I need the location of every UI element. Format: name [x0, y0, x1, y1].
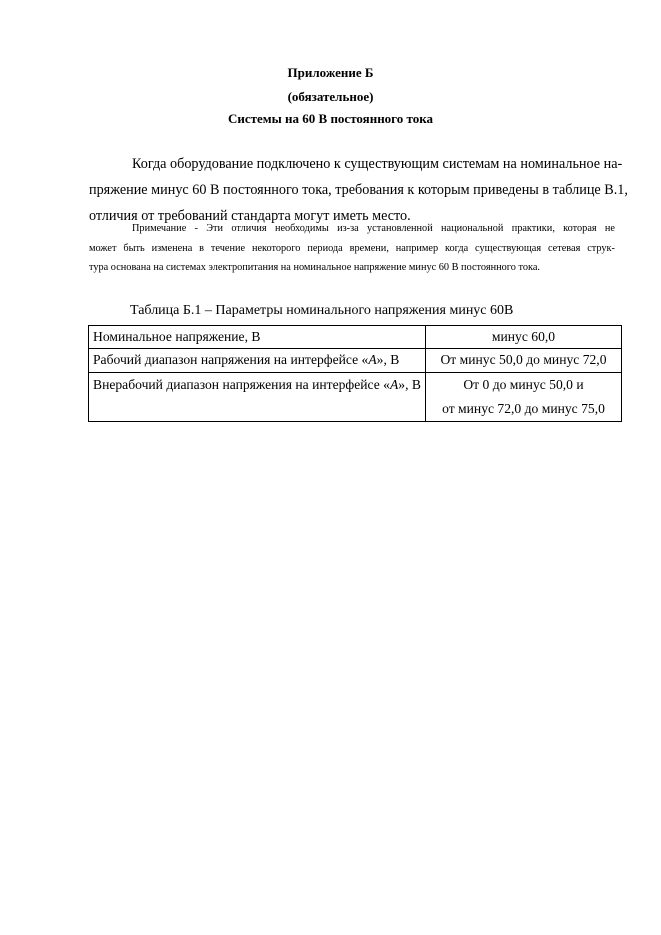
table-row: Внерабочий диапазон напряжения на интерф… [89, 373, 622, 422]
table-caption: Таблица Б.1 – Параметры номинального нап… [130, 302, 513, 320]
table-row: Рабочий диапазон напряжения на интерфейс… [89, 349, 622, 373]
value-text: от минус 72,0 до минус 75,0 [442, 401, 605, 416]
value-cell: От 0 до минус 50,0 иот минус 72,0 до мин… [426, 373, 622, 422]
parameters-table: Номинальное напряжение, В минус 60,0 Раб… [88, 325, 622, 422]
note-line: может быть изменена в течение некоторого… [89, 239, 615, 259]
value-text: От 0 до минус 50,0 и [463, 377, 583, 392]
parameter-cell: Внерабочий диапазон напряжения на интерф… [89, 373, 426, 422]
parameter-cell: Номинальное напряжение, В [89, 326, 426, 349]
value-cell: От минус 50,0 до минус 72,0 [426, 349, 622, 373]
appendix-status: (обязательное) [0, 89, 661, 105]
note-line: Примечание - Эти отличия необходимы из-з… [89, 219, 615, 239]
table-row: Номинальное напряжение, В минус 60,0 [89, 326, 622, 349]
parameter-unit: », В [377, 352, 400, 367]
paragraph-line: пряжение минус 60 В постоянного тока, тр… [89, 177, 615, 203]
paragraph-line: Когда оборудование подключено к существу… [89, 151, 615, 177]
note-line: тура основана на системах электропитания… [89, 258, 615, 278]
interface-letter: A [368, 352, 376, 367]
appendix-title: Приложение Б [0, 65, 661, 81]
value-text: От минус 50,0 до минус 72,0 [440, 352, 606, 367]
body-paragraph: Когда оборудование подключено к существу… [89, 151, 615, 229]
value-cell: минус 60,0 [426, 326, 622, 349]
value-text: минус 60,0 [492, 329, 555, 344]
parameter-cell: Рабочий диапазон напряжения на интерфейс… [89, 349, 426, 373]
parameter-text: Внерабочий диапазон напряжения на интерф… [93, 377, 390, 392]
note-paragraph: Примечание - Эти отличия необходимы из-з… [89, 219, 615, 278]
parameter-text: Рабочий диапазон напряжения на интерфейс… [93, 352, 368, 367]
parameter-text: Номинальное напряжение, В [93, 329, 260, 344]
parameter-unit: », В [398, 377, 421, 392]
appendix-subject: Системы на 60 В постоянного тока [0, 111, 661, 127]
